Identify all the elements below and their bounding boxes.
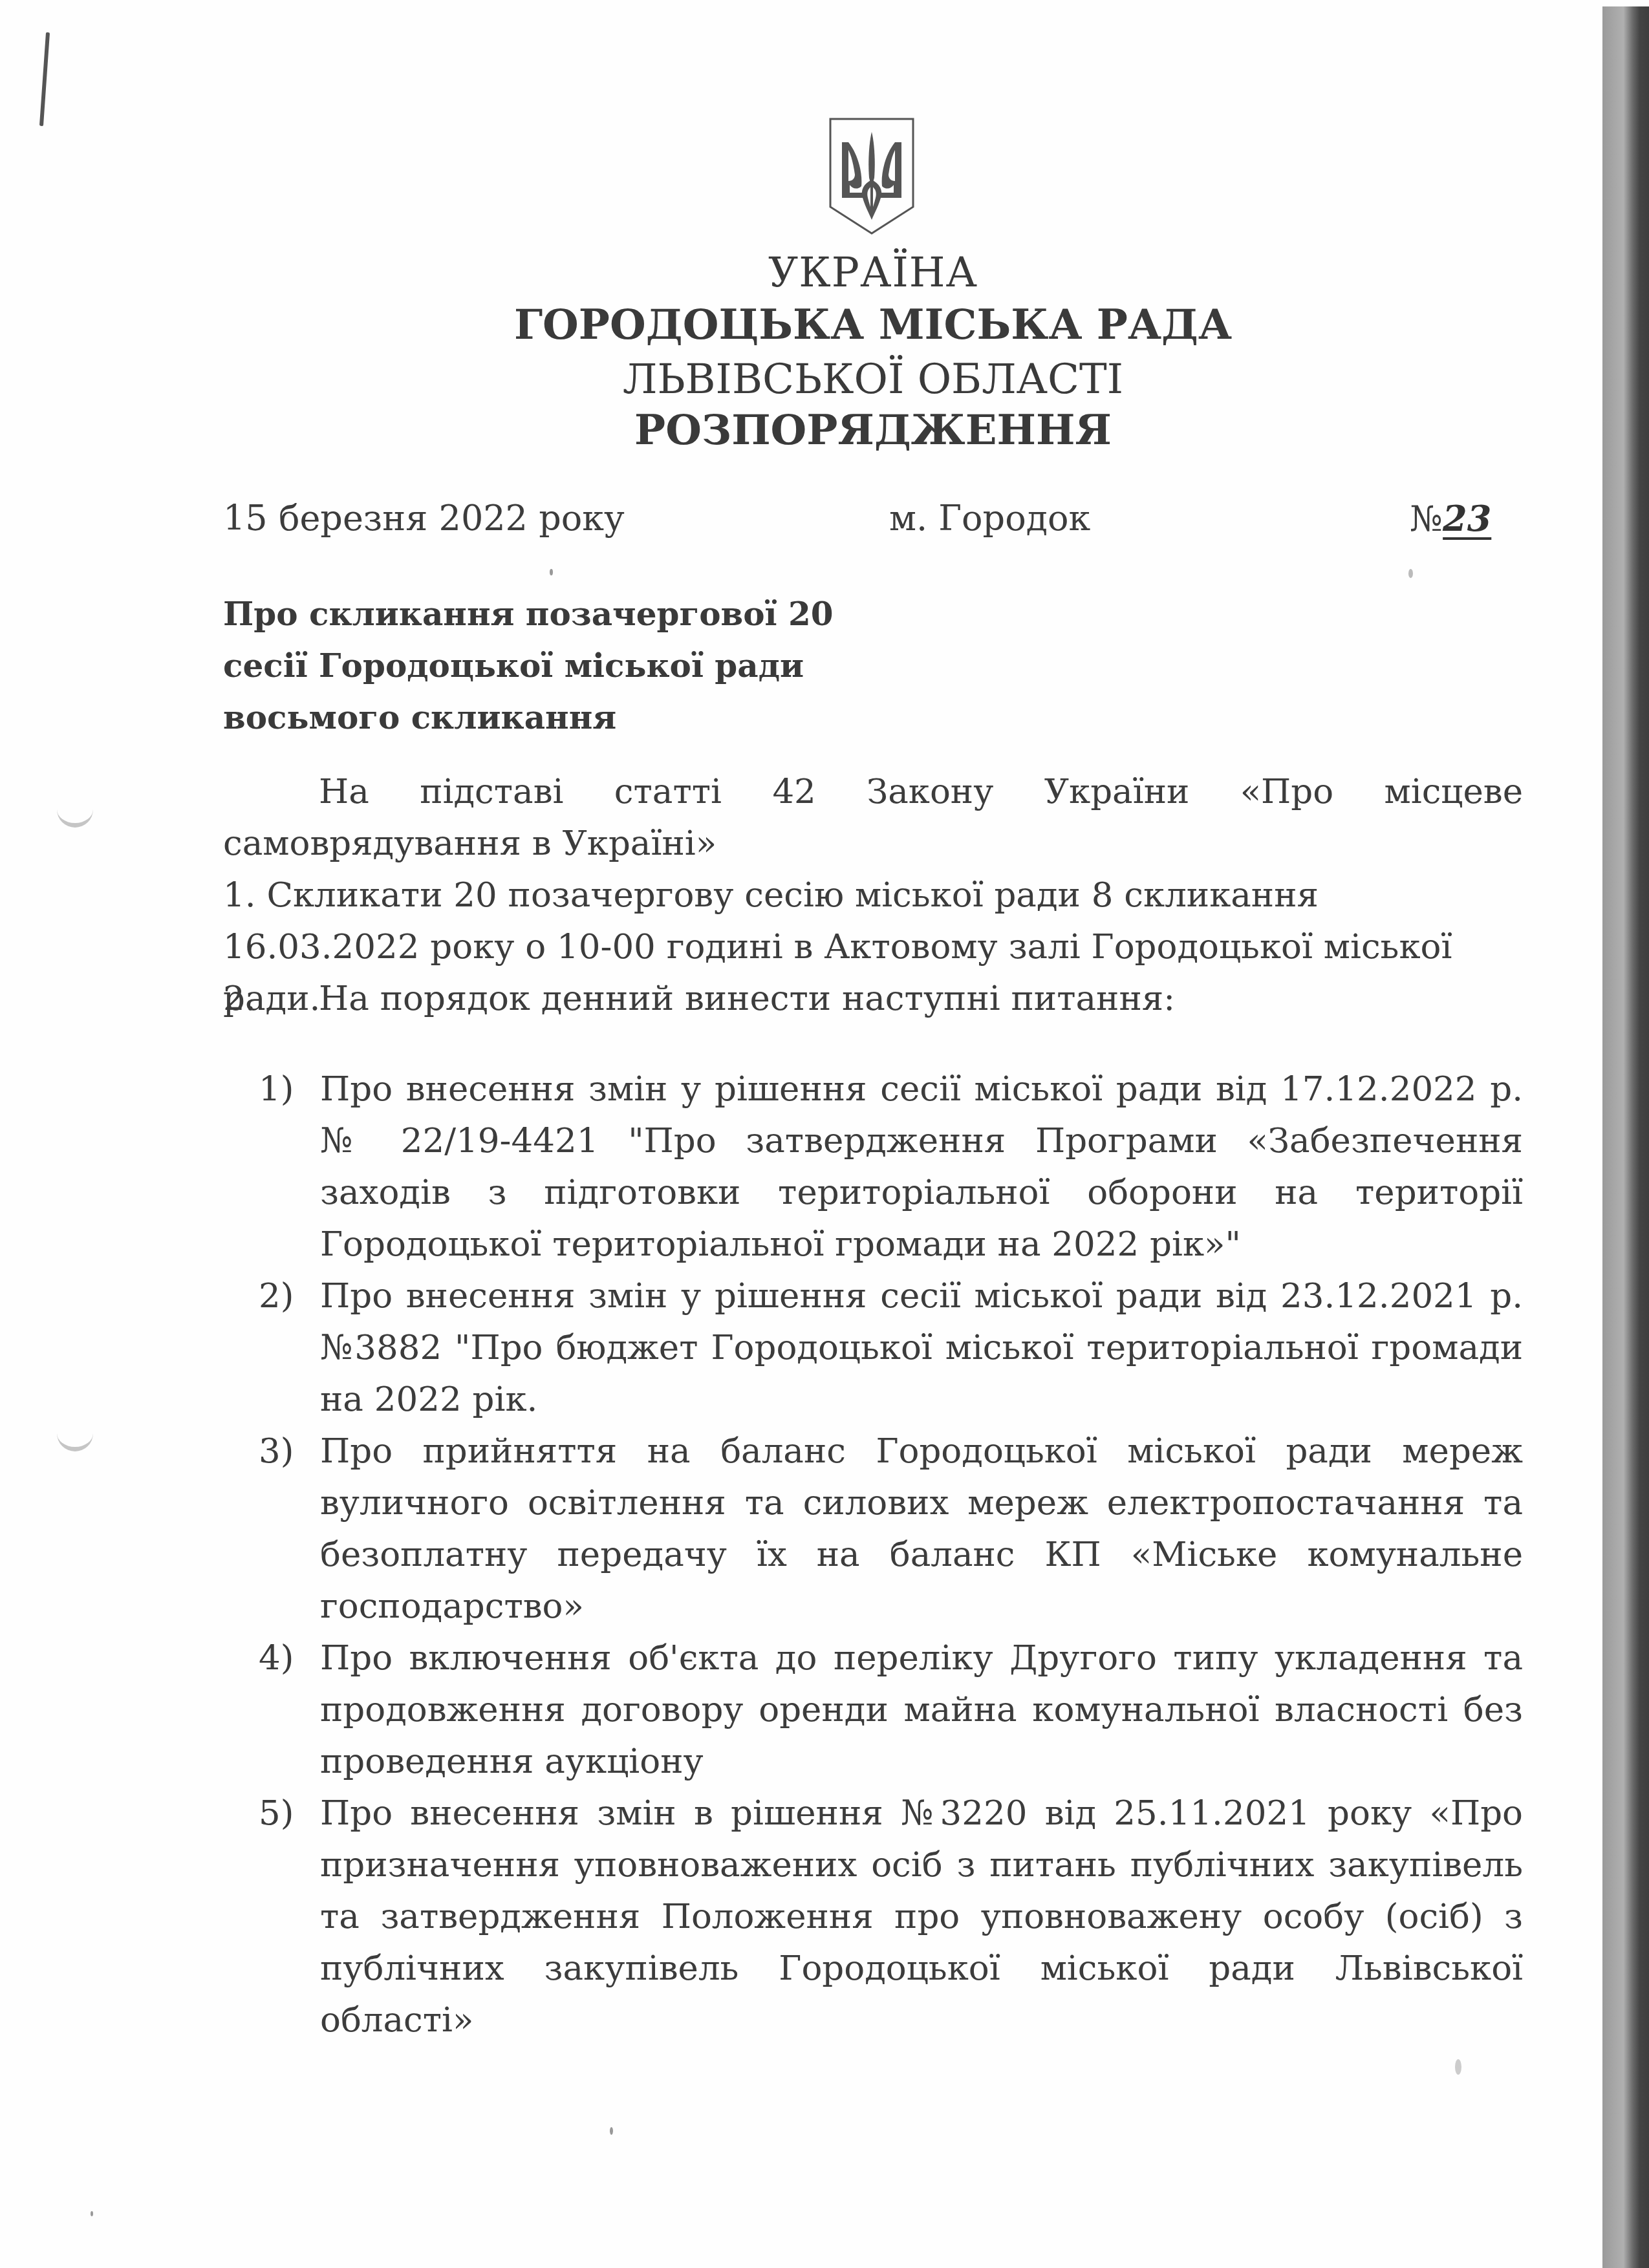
oblast-heading: ЛЬВІВСЬКОЇ ОБЛАСТІ: [453, 356, 1293, 403]
document-type-heading: РОЗПОРЯДЖЕННЯ: [453, 406, 1293, 455]
scanner-edge: [1602, 6, 1649, 2268]
agenda-text: Про включення об'єкта до переліку Другог…: [320, 1638, 1523, 1781]
agenda-item: 2) Про внесення змін у рішення сесії міс…: [259, 1270, 1523, 1426]
agenda-text: Про внесення змін у рішення сесії місько…: [320, 1276, 1523, 1419]
item-number: 2.: [223, 973, 319, 1025]
agenda-marker: 4): [259, 1632, 294, 1684]
document-subject: Про скликання позачергової 20 сесії Горо…: [223, 588, 870, 744]
document-place: м. Городок: [889, 498, 1090, 539]
preamble-text: На підставі статті 42 Закону України «Пр…: [223, 772, 1523, 863]
agenda-text: Про внесення змін у рішення сесії місько…: [320, 1069, 1523, 1264]
scan-speck: [550, 569, 553, 575]
document-number: №23: [1410, 498, 1491, 539]
agenda-item: 3) Про прийняття на баланс Городоцької м…: [259, 1426, 1523, 1632]
agenda-item: 5) Про внесення змін в рішення №3220 від…: [259, 1788, 1523, 2046]
agenda-text: Про прийняття на баланс Городоцької місь…: [320, 1431, 1523, 1626]
subject-line: восьмого скликання: [223, 692, 870, 744]
agenda-marker: 5): [259, 1788, 294, 1839]
scan-speck: [610, 2127, 613, 2135]
handwritten-number: 23: [1443, 498, 1491, 539]
agenda-marker: 3): [259, 1426, 294, 1477]
agenda-list: 1) Про внесення змін у рішення сесії міс…: [259, 1064, 1523, 2046]
punch-hole-mark: [57, 1429, 93, 1451]
agenda-item: 4) Про включення об'єкта до переліку Дру…: [259, 1632, 1523, 1788]
agenda-marker: 2): [259, 1270, 294, 1322]
council-heading: ГОРОДОЦЬКА МІСЬКА РАДА: [453, 301, 1293, 349]
scan-speck: [1408, 569, 1413, 578]
document-date: 15 березня 2022 року: [223, 498, 625, 539]
preamble-paragraph: На підставі статті 42 Закону України «Пр…: [223, 766, 1523, 870]
country-heading: УКРАЇНА: [453, 249, 1293, 297]
agenda-marker: 1): [259, 1064, 294, 1115]
subject-line: сесії Городоцької міської ради: [223, 640, 870, 692]
subject-line: Про скликання позачергової 20: [223, 588, 870, 640]
resolution-item-2: 2.На порядок денний винести наступні пит…: [223, 973, 1523, 1025]
document-page: УКРАЇНА ГОРОДОЦЬКА МІСЬКА РАДА ЛЬВІВСЬКО…: [0, 0, 1649, 2268]
scan-speck: [91, 2211, 93, 2216]
number-prefix: №: [1410, 498, 1443, 539]
item-number: 1.: [223, 870, 256, 921]
punch-hole-mark: [57, 805, 93, 828]
agenda-item: 1) Про внесення змін у рішення сесії міс…: [259, 1064, 1523, 1270]
agenda-text: Про внесення змін в рішення №3220 від 25…: [320, 1793, 1523, 2040]
item-text: На порядок денний винести наступні питан…: [319, 979, 1175, 1018]
pen-mark: [39, 32, 50, 126]
scan-speck: [1455, 2059, 1461, 2075]
coat-of-arms-trident-icon: [828, 116, 916, 236]
